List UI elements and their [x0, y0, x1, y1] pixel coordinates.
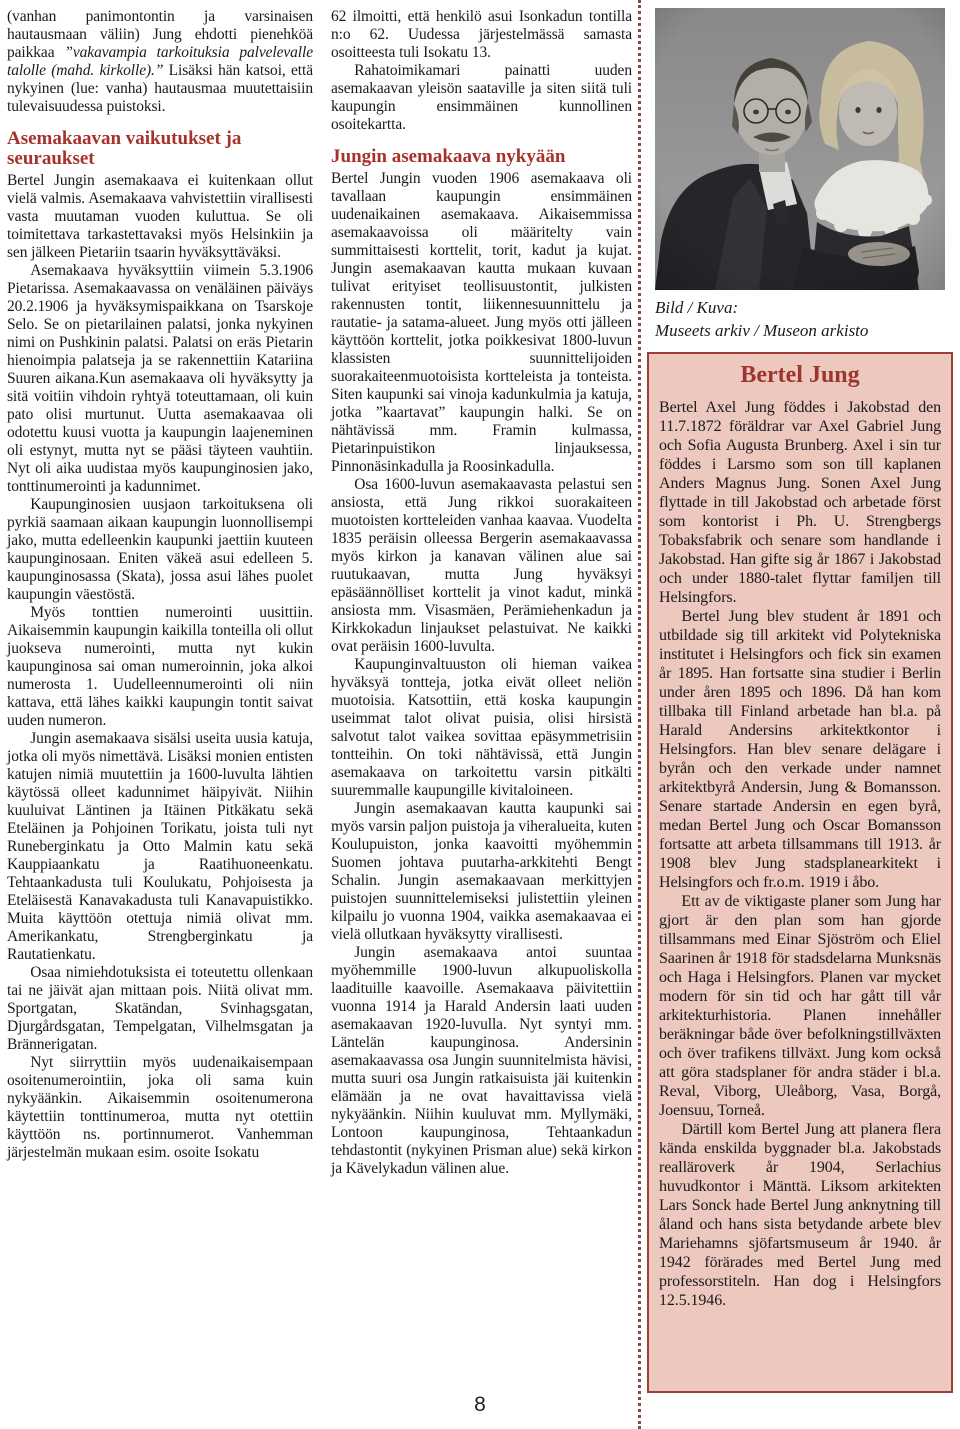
- left-column: (vanhan panimontontin ja varsinaisen hau…: [7, 8, 313, 1162]
- paragraph: Jungin asemakaava antoi suuntaa myöhemmi…: [331, 944, 632, 1178]
- paragraph: (vanhan panimontontin ja varsinaisen hau…: [7, 8, 313, 116]
- bertel-jung-info-box: Bertel Jung Bertel Axel Jung föddes i Ja…: [647, 352, 953, 1393]
- paragraph: Osaa nimiehdotuksista ei toteutettu olle…: [7, 964, 313, 1054]
- paragraph: Bertel Jungin vuoden 1906 asemakaava oli…: [331, 170, 632, 476]
- middle-column: 62 ilmoitti, että henkilö asui Isonkadun…: [331, 8, 632, 1178]
- paragraph: Nyt siirryttiin myös uudenaikaisempaan o…: [7, 1054, 313, 1162]
- paragraph: Asemakaava hyväksyttiin viimein 5.3.1906…: [7, 262, 313, 496]
- photo-credit-line1: Bild / Kuva:: [655, 296, 950, 319]
- paragraph: Kaupunginvaltuuston oli hieman vaikea hy…: [331, 656, 632, 800]
- paragraph: Därtill kom Bertel Jung att planera fler…: [659, 1120, 941, 1310]
- section-heading-nykyaan: Jungin asemakaava nykyään: [331, 147, 632, 167]
- paragraph: Kaupunginosien uusjaon tarkoituksena oli…: [7, 496, 313, 604]
- paragraph: Bertel Jungin asemakaava ei kuitenkaan o…: [7, 172, 313, 262]
- page-number: 8: [0, 1393, 960, 1417]
- paragraph: Jungin asemakaavan kautta kaupunki sai m…: [331, 800, 632, 944]
- paragraph: Rahatoimikamari painatti uuden asemakaav…: [331, 62, 632, 134]
- info-box-text: Bertel Axel Jung föddes i Jakobstad den …: [659, 398, 941, 1310]
- portrait-photo-illustration: [655, 8, 945, 290]
- paragraph: Bertel Jung blev student år 1891 och utb…: [659, 607, 941, 892]
- column-divider: [638, 0, 641, 1429]
- info-box-title: Bertel Jung: [659, 360, 941, 390]
- portrait-photo: [655, 8, 945, 290]
- paragraph: Jungin asemakaava sisälsi useita uusia k…: [7, 730, 313, 964]
- paragraph: Bertel Axel Jung föddes i Jakobstad den …: [659, 398, 941, 607]
- photo-credit-line2: Museets arkiv / Museon arkisto: [655, 319, 950, 342]
- paragraph: Myös tonttien numerointi uusittiin. Aika…: [7, 604, 313, 730]
- photo-credit: Bild / Kuva: Museets arkiv / Museon arki…: [655, 296, 950, 342]
- paragraph: Osa 1600-luvun asemakaavasta pelastui se…: [331, 476, 632, 656]
- paragraph: 62 ilmoitti, että henkilö asui Isonkadun…: [331, 8, 632, 62]
- section-heading-vaikutukset: Asemakaavan vaikutukset ja seuraukset: [7, 129, 313, 169]
- paragraph: Ett av de viktigaste planer som Jung har…: [659, 892, 941, 1120]
